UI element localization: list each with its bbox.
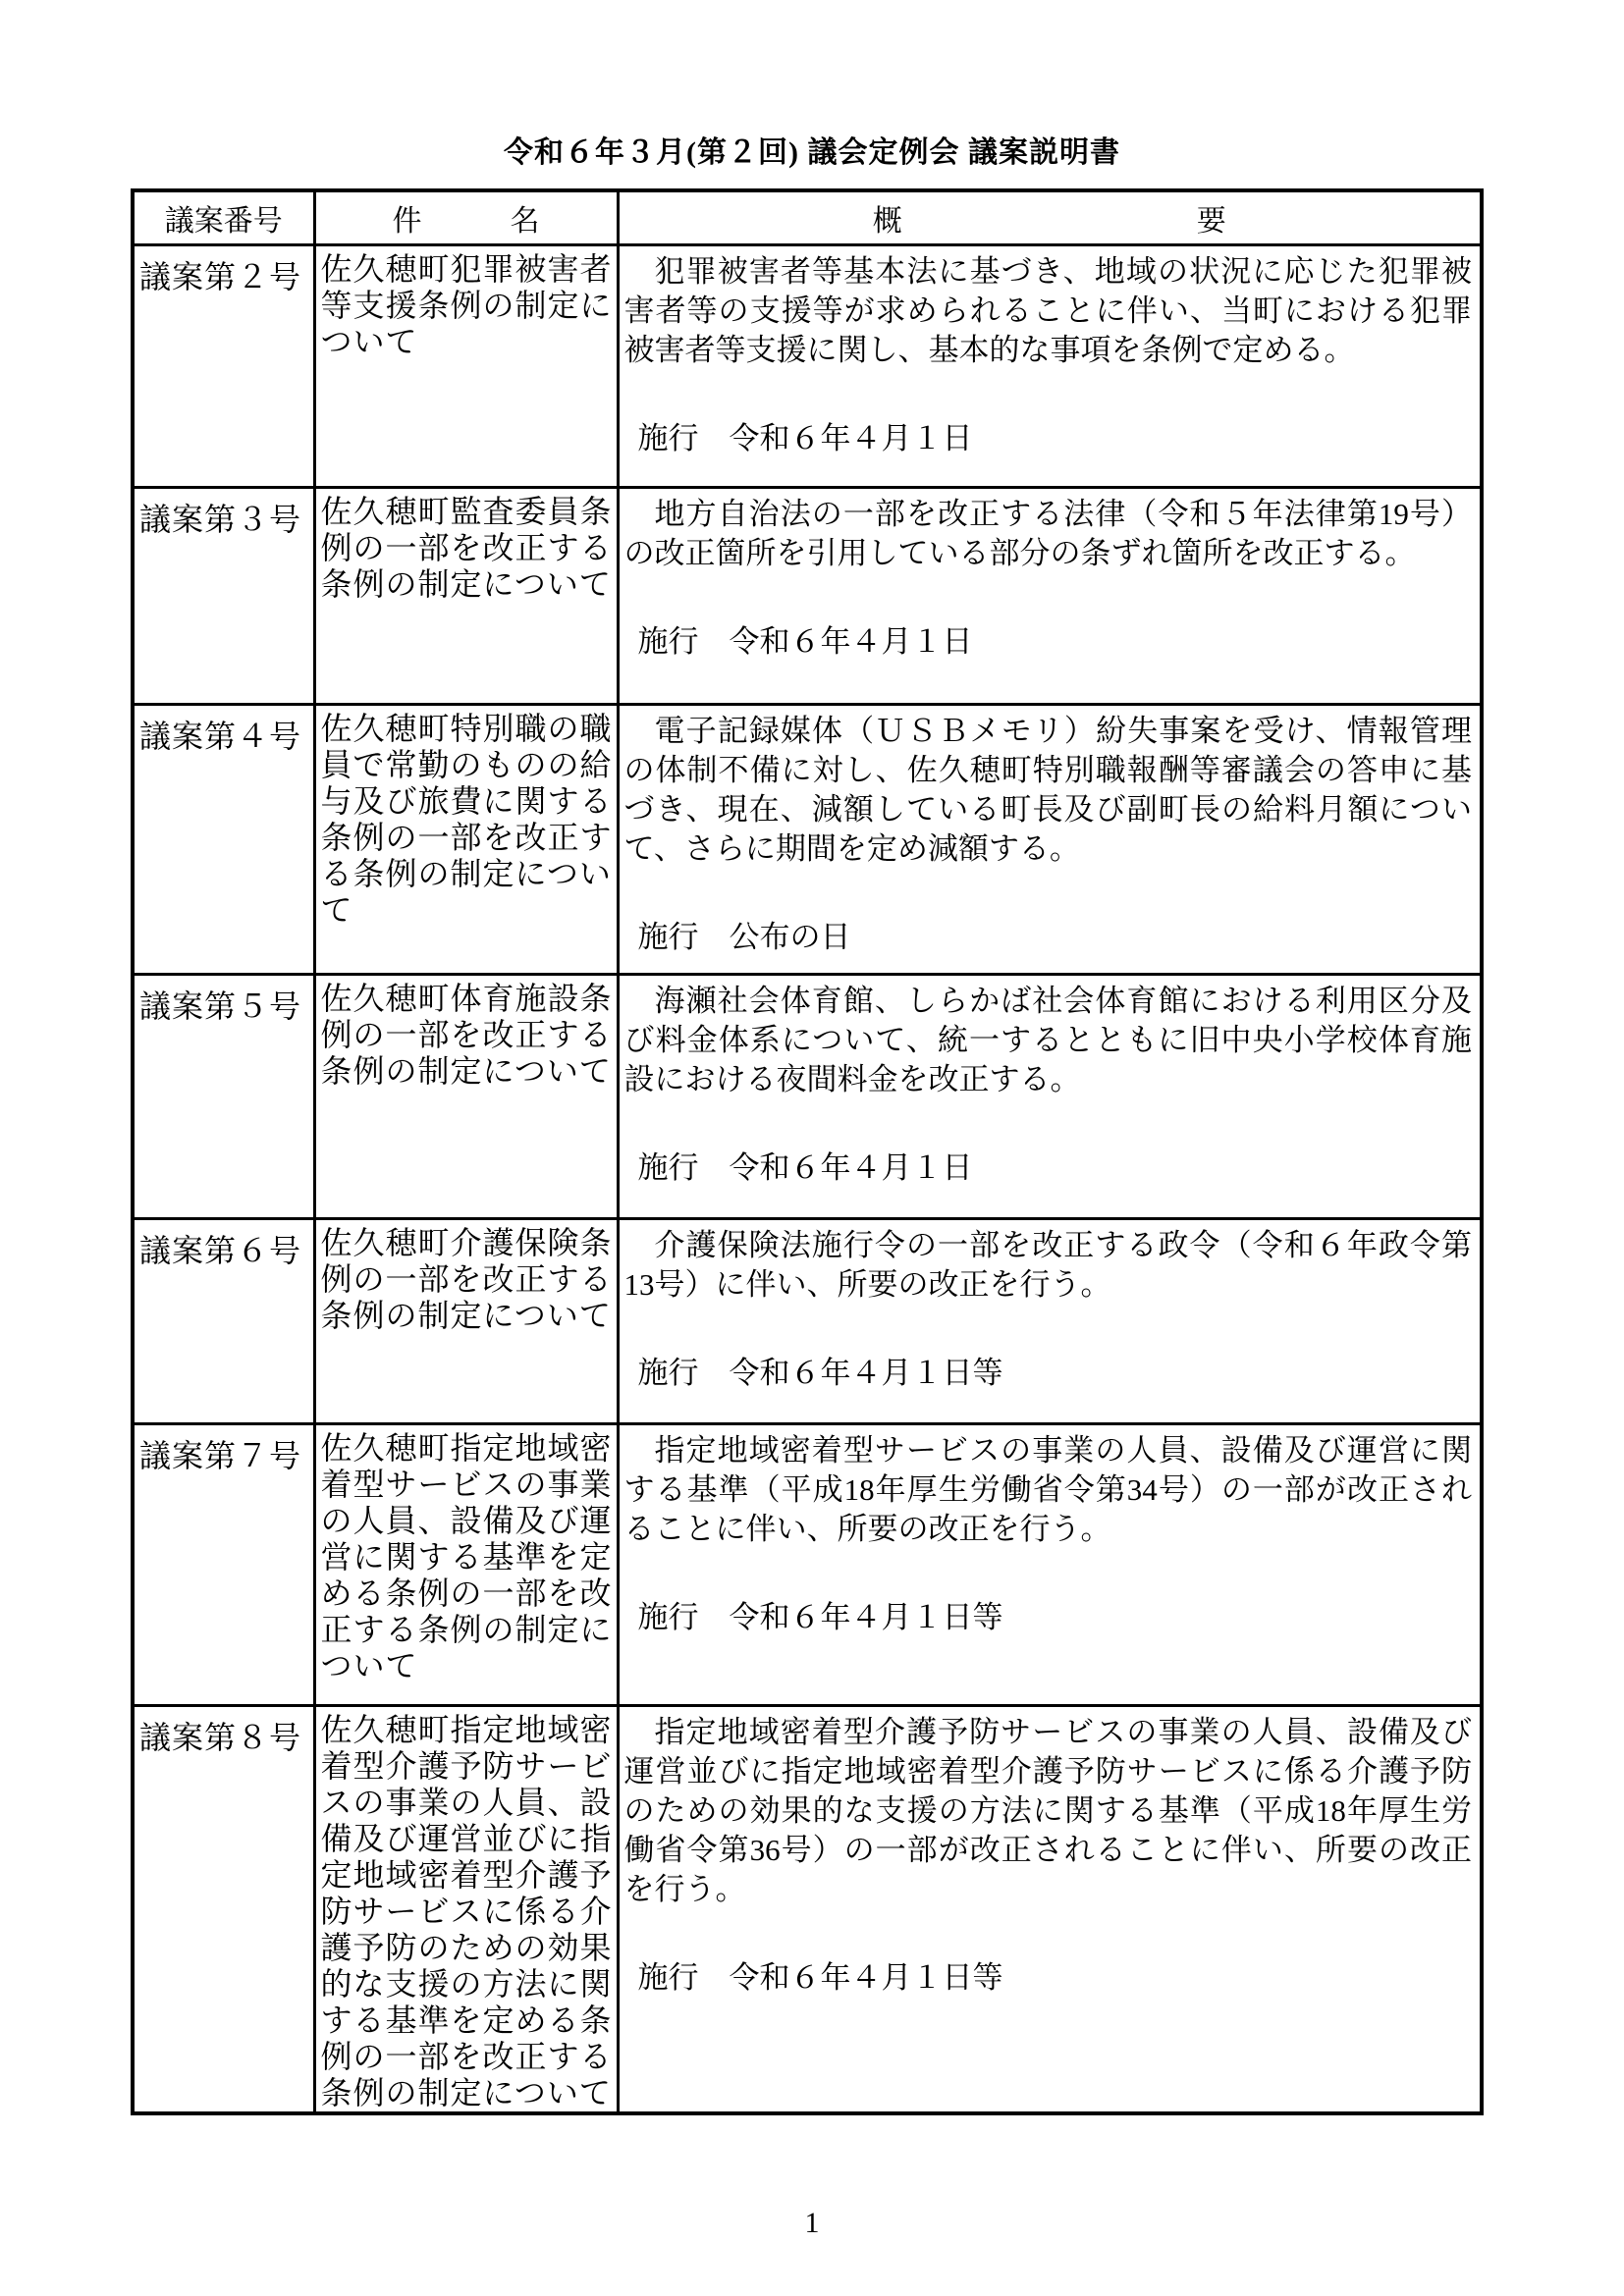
header-bill-number: 議案番号 [133,190,314,245]
bill-number: 議案第４号 [133,705,314,975]
bill-name: 佐久穂町特別職の職員で常勤のものの給与及び旅費に関する条例の一部を改正する条例の… [314,705,618,975]
bill-number: 議案第８号 [133,1706,314,2114]
summary-text: 指定地域密着型サービスの事業の人員、設備及び運営に関する基準（平成18年厚生労働… [624,1431,1473,1549]
bill-summary-cell: 介護保険法施行令の一部を改正する政令（令和６年政令第13号）に伴い、所要の改正を… [618,1219,1482,1424]
header-summary: 概 要 [618,190,1482,245]
bill-name: 佐久穂町指定地域密着型サービスの事業の人員、設備及び運営に関する基準を定める条例… [314,1424,618,1706]
bill-name: 佐久穂町指定地域密着型介護予防サービスの事業の人員、設備及び運営並びに指定地域密… [314,1706,618,2114]
summary-text: 介護保険法施行令の一部を改正する政令（令和６年政令第13号）に伴い、所要の改正を… [624,1226,1473,1305]
bill-summary-cell: 海瀬社会体育館、しらかば社会体育館における利用区分及び料金体系について、統一する… [618,975,1482,1219]
enforcement-date: 施行 令和６年４月１日等 [638,1348,1473,1392]
header-bill-name: 件 名 [314,190,618,245]
enforcement-date: 施行 令和６年４月１日 [638,616,1473,661]
table-row: 議案第２号 佐久穂町犯罪被害者等支援条例の制定について 犯罪被害者等基本法に基づ… [133,245,1482,488]
bill-name: 佐久穂町介護保険条例の一部を改正する条例の制定について [314,1219,618,1424]
enforcement-date: 施行 令和６年４月１日 [638,413,1473,457]
summary-text: 海瀬社会体育館、しらかば社会体育館における利用区分及び料金体系について、統一する… [624,982,1473,1099]
summary-text: 指定地域密着型介護予防サービスの事業の人員、設備及び運営並びに指定地域密着型介護… [624,1713,1473,1909]
bill-name: 佐久穂町体育施設条例の一部を改正する条例の制定について [314,975,618,1219]
bill-summary-cell: 犯罪被害者等基本法に基づき、地域の状況に応じた犯罪被害者等の支援等が求められるこ… [618,245,1482,488]
enforcement-date: 施行 令和６年４月１日 [638,1143,1473,1187]
summary-text: 地方自治法の一部を改正する法律（令和５年法律第19号）の改正箇所を引用している部… [624,495,1473,573]
bill-name: 佐久穂町犯罪被害者等支援条例の制定について [314,245,618,488]
summary-text: 電子記録媒体（ＵＳＢメモリ）紛失事案を受け、情報管理の体制不備に対し、佐久穂町特… [624,712,1473,869]
bill-name: 佐久穂町監査委員条例の一部を改正する条例の制定について [314,488,618,705]
bill-number: 議案第６号 [133,1219,314,1424]
bill-table: 議案番号 件 名 概 要 議案第２号 佐久穂町犯罪被害者等支援条例の制定について… [131,188,1484,2115]
table-row: 議案第３号 佐久穂町監査委員条例の一部を改正する条例の制定について 地方自治法の… [133,488,1482,705]
bill-number: 議案第２号 [133,245,314,488]
page-title: 令和６年３月(第２回) 議会定例会 議案説明書 [0,128,1624,171]
table-row: 議案第８号 佐久穂町指定地域密着型介護予防サービスの事業の人員、設備及び運営並び… [133,1706,1482,2114]
table-header-row: 議案番号 件 名 概 要 [133,190,1482,245]
enforcement-date: 施行 公布の日 [638,912,1473,956]
bill-summary-cell: 指定地域密着型サービスの事業の人員、設備及び運営に関する基準（平成18年厚生労働… [618,1424,1482,1706]
table-row: 議案第７号 佐久穂町指定地域密着型サービスの事業の人員、設備及び運営に関する基準… [133,1424,1482,1706]
bill-summary-cell: 電子記録媒体（ＵＳＢメモリ）紛失事案を受け、情報管理の体制不備に対し、佐久穂町特… [618,705,1482,975]
bill-number: 議案第３号 [133,488,314,705]
document-page: 令和６年３月(第２回) 議会定例会 議案説明書 議案番号 件 名 概 要 議案第… [0,0,1624,2296]
bill-number: 議案第７号 [133,1424,314,1706]
table-row: 議案第４号 佐久穂町特別職の職員で常勤のものの給与及び旅費に関する条例の一部を改… [133,705,1482,975]
summary-text: 犯罪被害者等基本法に基づき、地域の状況に応じた犯罪被害者等の支援等が求められるこ… [624,252,1473,370]
bill-summary-cell: 地方自治法の一部を改正する法律（令和５年法律第19号）の改正箇所を引用している部… [618,488,1482,705]
table-row: 議案第５号 佐久穂町体育施設条例の一部を改正する条例の制定について 海瀬社会体育… [133,975,1482,1219]
bill-number: 議案第５号 [133,975,314,1219]
enforcement-date: 施行 令和６年４月１日等 [638,1952,1473,1997]
page-number: 1 [0,2207,1624,2240]
table-row: 議案第６号 佐久穂町介護保険条例の一部を改正する条例の制定について 介護保険法施… [133,1219,1482,1424]
enforcement-date: 施行 令和６年４月１日等 [638,1592,1473,1636]
bill-summary-cell: 指定地域密着型介護予防サービスの事業の人員、設備及び運営並びに指定地域密着型介護… [618,1706,1482,2114]
